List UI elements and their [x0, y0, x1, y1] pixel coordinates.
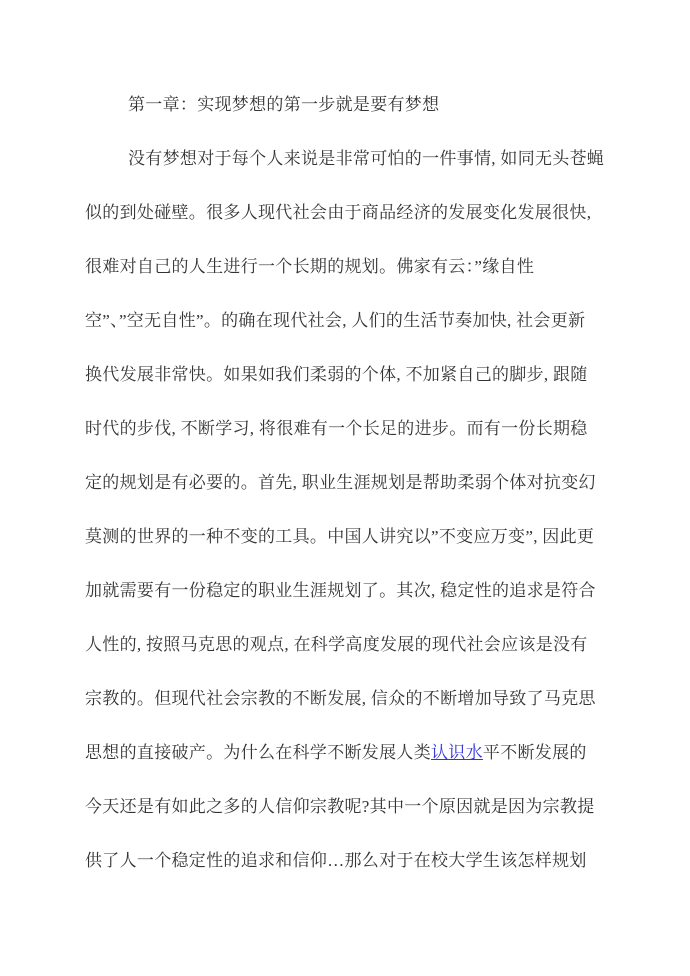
paragraph-line: 换代发展非常快。如果如我们柔弱的个体, 不加紧自己的脚步, 跟随 — [85, 348, 605, 402]
paragraph-line-with-link: 思想的直接破产。为什么在科学不断发展人类认识水平不断发展的 — [85, 726, 605, 780]
renshi-shui-hyperlink[interactable]: 认识水 — [431, 743, 483, 762]
link-line-pre-text: 思想的直接破产。为什么在科学不断发展人类 — [85, 743, 431, 762]
paragraph-line: 人性的, 按照马克思的观点, 在科学高度发展的现代社会应该是没有 — [85, 618, 605, 672]
paragraph-line: 很难对自己的人生进行一个长期的规划。佛家有云：”缘自性 — [85, 240, 605, 294]
paragraph-line: 定的规划是有必要的。首先, 职业生涯规划是帮助柔弱个体对抗变幻 — [85, 456, 605, 510]
paragraph-line: 今天还是有如此之多的人信仰宗教呢?其中一个原因就是因为宗教提 — [85, 780, 605, 834]
link-line-post-text: 平不断发展的 — [483, 743, 587, 762]
paragraph-line: 时代的步伐, 不断学习, 将很难有一个长足的进步。而有一份长期稳 — [85, 402, 605, 456]
paragraph-line: 似的到处碰壁。很多人现代社会由于商品经济的发展变化发展很快, — [85, 186, 605, 240]
paragraph-line: 宗教的。但现代社会宗教的不断发展, 信众的不断增加导致了马克思 — [85, 672, 605, 726]
chapter-title: 第一章：实现梦想的第一步就是要有梦想 — [85, 78, 605, 132]
paragraph-line: 加就需要有一份稳定的职业生涯规划了。其次, 稳定性的追求是符合 — [85, 564, 605, 618]
paragraph-line: 没有梦想对于每个人来说是非常可怕的一件事情, 如同无头苍蝇 — [85, 132, 605, 186]
paragraph-line: 莫测的世界的一种不变的工具。中国人讲究以”不变应万变”, 因此更 — [85, 510, 605, 564]
paragraph-line: 供了人一个稳定性的追求和信仰…那么对于在校大学生该怎样规划 — [85, 834, 605, 888]
paragraph-line: 空”、”空无自性”。的确在现代社会, 人们的生活节奏加快, 社会更新 — [85, 294, 605, 348]
document-page: 第一章：实现梦想的第一步就是要有梦想 没有梦想对于每个人来说是非常可怕的一件事情… — [0, 0, 690, 976]
